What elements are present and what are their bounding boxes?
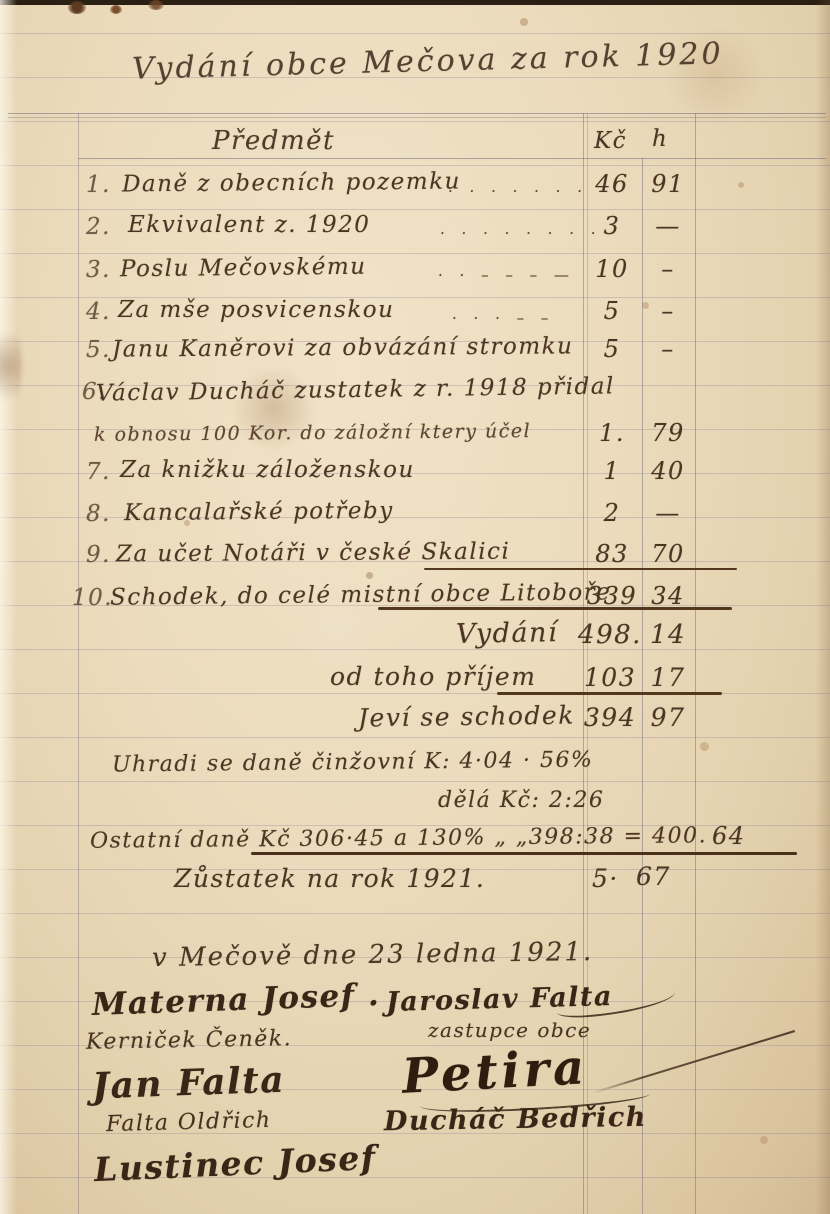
row-amount-kc: 83 <box>584 540 640 568</box>
row-amount-h: — <box>644 499 692 527</box>
scan-edge-top <box>0 0 830 5</box>
total-kc: 498. <box>578 620 642 650</box>
paper-freckle <box>366 572 373 579</box>
total-h: 97 <box>644 703 692 732</box>
note-dela: dělá Kč: 2:26 <box>438 788 604 813</box>
row-number: 1. <box>86 172 111 198</box>
pen-flourish <box>592 1030 795 1094</box>
row-amount-h: 34 <box>644 582 692 610</box>
row-number: 3. <box>86 257 111 283</box>
note-zustatek-h: 67 <box>636 862 671 891</box>
total-h: 14 <box>644 620 692 650</box>
signature-kernicek-cenek: Kerniček Čeněk. <box>86 1026 293 1055</box>
row-text: Kancalařské potřeby <box>124 498 394 526</box>
row-amount-kc: 3 <box>584 212 640 240</box>
signature-jaroslav-falta: Jaroslav Falta <box>386 981 614 1018</box>
margin-line <box>78 113 79 1214</box>
row-amount-kc: 10 <box>584 255 640 283</box>
ink-underline <box>424 568 737 570</box>
row-text: Schodek, do celé mistní obce Litoboře <box>110 579 612 610</box>
page-edge-right <box>814 0 830 1214</box>
ink-underline-heavy <box>251 852 797 855</box>
row-amount-h: – <box>644 255 692 283</box>
dateline: v Mečově dne 23 ledna 1921. <box>152 937 594 973</box>
note-ostatni: Ostatní daně Kč 306·45 a 130% „ „398:38 … <box>90 823 707 853</box>
signature-duchac-bedrich: Ducháč Bedřich <box>384 1102 647 1138</box>
row-number: 7. <box>86 459 111 485</box>
row-text: Janu Kaněrovi za obvázání stromku <box>112 333 574 362</box>
ink-blot <box>110 5 122 14</box>
row-amount-kc: 1 <box>584 457 640 485</box>
page-edge-left <box>0 0 20 1214</box>
row-text: Za mše posvicenskou <box>118 297 394 323</box>
note-cinzovni: Uhradi se daně činžovní K: 4·04 · 56% <box>112 747 594 777</box>
total-label: Vydání <box>456 617 559 650</box>
row-amount-kc: 5 <box>584 335 640 363</box>
note-ostatni-h: 64 <box>712 822 746 850</box>
row-number: 4. <box>86 299 111 325</box>
total-kc: 394 <box>578 703 642 732</box>
row-amount-h: 91 <box>644 170 692 198</box>
row-text: Ekvivalent z. 1920 <box>128 212 370 238</box>
note-zustatek-kc: 5· <box>592 864 619 893</box>
total-kc: 103 <box>578 663 642 692</box>
dot-leader: · · · – – <box>452 309 554 327</box>
row-amount-kc: 339 <box>584 582 640 610</box>
total-label: od toho příjem <box>330 662 536 691</box>
signature-falta-oldrich: Falta Oldřich <box>106 1108 272 1137</box>
signature-petira: Petira <box>401 1039 590 1105</box>
ink-underline <box>497 692 722 695</box>
total-h: 17 <box>644 663 692 692</box>
row-amount-h: 70 <box>644 540 692 568</box>
row-amount-kc: 46 <box>584 170 640 198</box>
table-top-line <box>8 113 826 114</box>
row-number: 8. <box>86 501 111 527</box>
row-amount-h: — <box>644 212 692 240</box>
paper-freckle <box>700 742 709 751</box>
page-title: Vydání obce Mečova za rok 1920 <box>132 36 724 86</box>
total-label: Jeví se schodek <box>358 700 575 732</box>
dot-leader: · · – – – — <box>438 266 575 284</box>
row-amount-h: – <box>644 335 692 363</box>
row-amount-h: 79 <box>644 419 692 447</box>
row-number: 5. <box>86 337 111 363</box>
signature-lustinec-josef: Lustinec Josef <box>93 1138 377 1189</box>
paper-freckle <box>760 1136 768 1144</box>
row-amount-h: – <box>644 297 692 325</box>
table-top-line-2 <box>8 117 826 118</box>
row-number: 9. <box>86 542 111 568</box>
header-bottom-line <box>78 158 826 159</box>
row-number: 10. <box>72 585 113 611</box>
row-text: k obnosu 100 Kor. do záložní ktery účel <box>94 420 531 446</box>
dot-leader: · · · · · · · <box>448 182 588 200</box>
row-text: Daně z obecních pozemku <box>122 169 461 198</box>
row-text: Za knižku záloženskou <box>120 457 415 483</box>
row-number: 2. <box>86 214 111 240</box>
column-header-kc: Kč <box>594 128 627 154</box>
row-text: Václav Ducháč zustatek z r. 1918 přidal <box>96 373 615 406</box>
signature-role: zastupce obce <box>428 1018 591 1042</box>
paper-freckle <box>738 182 744 188</box>
row-amount-kc: 5 <box>584 297 640 325</box>
dot-leader: · · · · · · · · <box>440 224 602 242</box>
row-amount-kc: 2 <box>584 499 640 527</box>
row-text: Poslu Mečovskému <box>120 254 367 283</box>
note-zustatek: Zůstatek na rok 1921. <box>174 864 485 893</box>
signature-materna-josef: Materna Josef . <box>91 977 380 1023</box>
signature-jan-falta: Jan Falta <box>91 1059 285 1108</box>
row-text: Za učet Notáři v české Skalici <box>116 539 510 568</box>
ledger-page: Vydání obce Mečova za rok 1920 Předmět K… <box>0 0 830 1214</box>
column-header-subject: Předmět <box>212 126 335 156</box>
column-header-h: h <box>652 126 668 152</box>
right-col-line <box>695 113 696 1214</box>
paper-freckle <box>520 18 528 26</box>
kc-h-divider-line <box>642 158 643 1214</box>
row-amount-h: 40 <box>644 457 692 485</box>
row-amount-kc: 1. <box>584 419 640 447</box>
